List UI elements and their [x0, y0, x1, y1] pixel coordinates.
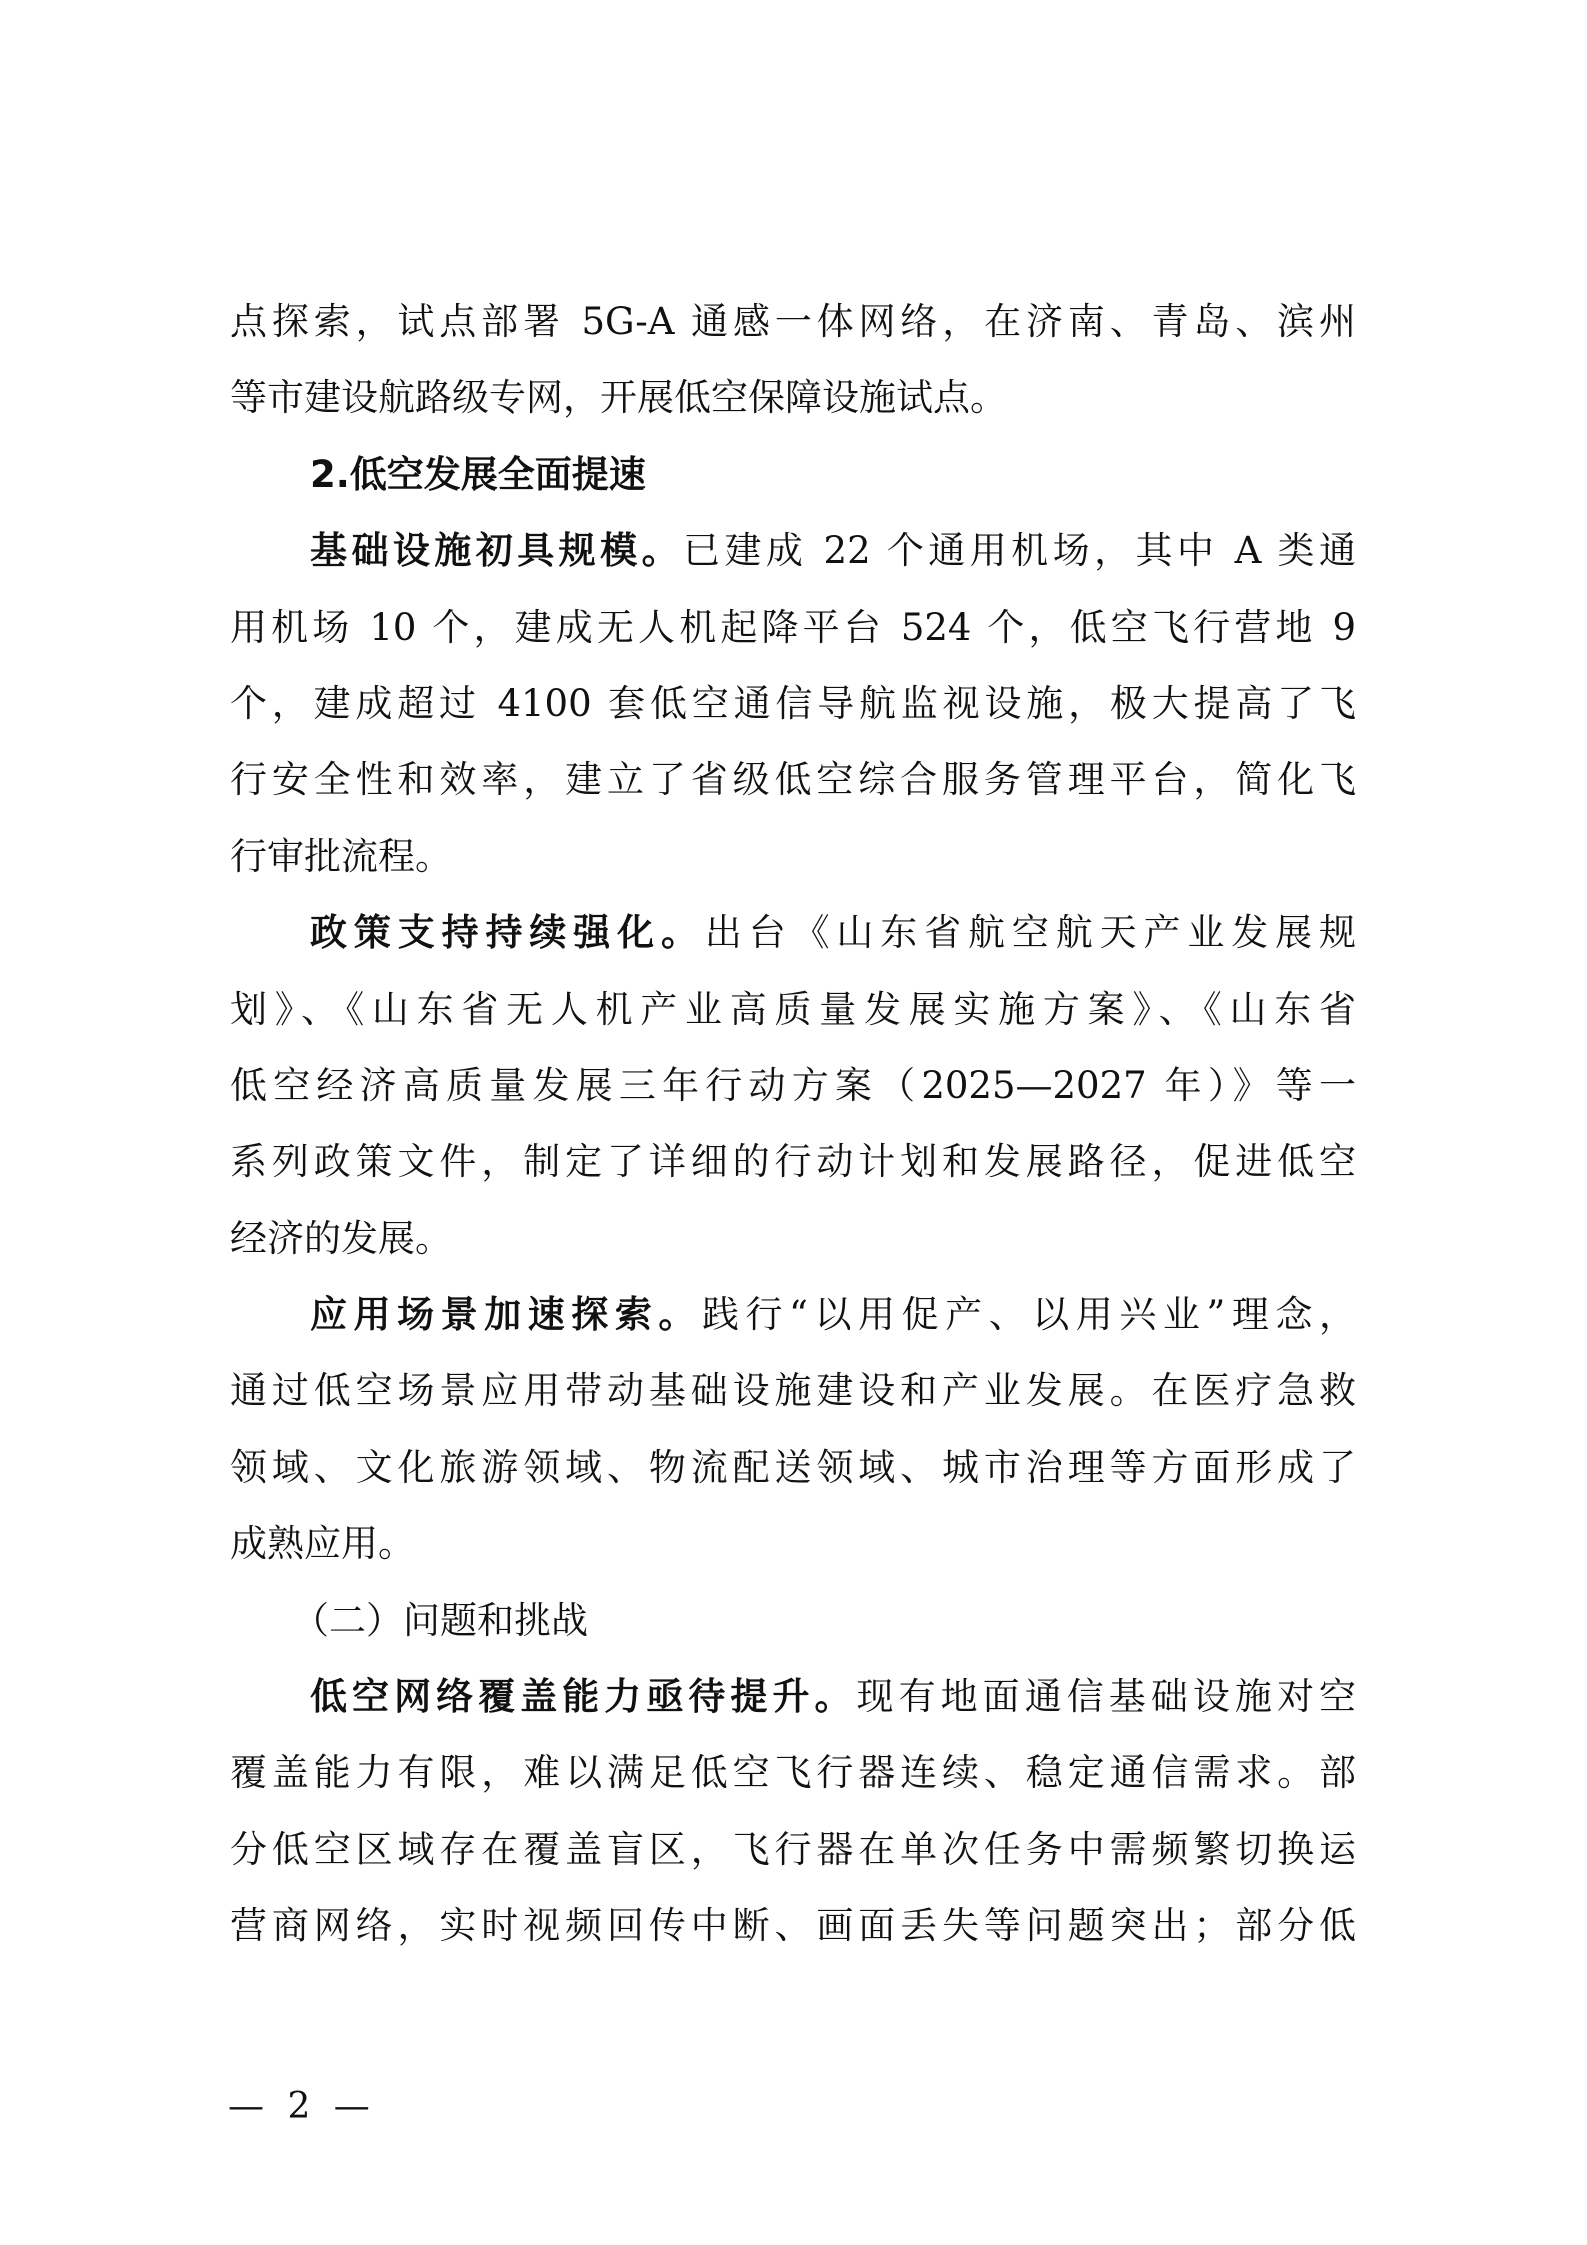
- paragraph-line: 行安全性和效率，建立了省级低空综合服务管理平台，简化飞: [230, 742, 1356, 818]
- paragraph-lead: 应用场景加速探索。: [310, 1293, 702, 1336]
- paragraph-line: 践行“以用促产、以用兴业”理念，: [702, 1293, 1356, 1336]
- paragraph-line: 划》、《山东省无人机产业高质量发展实施方案》、《山东省: [230, 972, 1356, 1048]
- paragraph-line: 覆盖能力有限，难以满足低空飞行器连续、稳定通信需求。部: [230, 1735, 1356, 1811]
- paragraph-line: 个，建成超过 4100 套低空通信导航监视设施，极大提高了飞: [230, 666, 1356, 742]
- paragraph-network-coverage: 低空网络覆盖能力亟待提升。现有地面通信基础设施对空: [230, 1659, 1356, 1735]
- paragraph-line: 点探索，试点部署 5G-A 通感一体网络，在济南、青岛、滨州: [230, 284, 1356, 360]
- paragraph-line: 现有地面通信基础设施对空: [857, 1675, 1356, 1718]
- section-heading-problems: （二）问题和挑战: [230, 1583, 1356, 1659]
- paragraph-line: 等市建设航路级专网，开展低空保障设施试点。: [230, 360, 1356, 436]
- paragraph-lead: 政策支持持续强化。: [310, 911, 705, 954]
- section-heading-text: （二）问题和挑战: [292, 1599, 588, 1642]
- paragraph-lead: 低空网络覆盖能力亟待提升。: [310, 1675, 857, 1718]
- document-body: 点探索，试点部署 5G-A 通感一体网络，在济南、青岛、滨州 等市建设航路级专网…: [230, 284, 1356, 1965]
- paragraph-line: 成熟应用。: [230, 1506, 1356, 1582]
- paragraph-policy: 政策支持持续强化。出台《山东省航空航天产业发展规: [230, 895, 1356, 971]
- paragraph-line: 通过低空场景应用带动基础设施建设和产业发展。在医疗急救: [230, 1353, 1356, 1429]
- paragraph-line: 出台《山东省航空航天产业发展规: [705, 911, 1356, 954]
- paragraph-line: 分低空区域存在覆盖盲区，飞行器在单次任务中需频繁切换运: [230, 1812, 1356, 1888]
- document-page: 点探索，试点部署 5G-A 通感一体网络，在济南、青岛、滨州 等市建设航路级专网…: [0, 0, 1587, 2245]
- paragraph-line: 行审批流程。: [230, 819, 1356, 895]
- paragraph-line: 营商网络，实时视频回传中断、画面丢失等问题突出；部分低: [230, 1888, 1356, 1964]
- paragraph-lead: 基础设施初具规模。: [310, 529, 683, 572]
- paragraph-line: 领域、文化旅游领域、物流配送领域、城市治理等方面形成了: [230, 1430, 1356, 1506]
- paragraph-line: 低空经济高质量发展三年行动方案（2025—2027 年）》等一: [230, 1048, 1356, 1124]
- page-number: — 2 —: [228, 2086, 376, 2127]
- paragraph-infrastructure: 基础设施初具规模。已建成 22 个通用机场，其中 A 类通: [230, 513, 1356, 589]
- subheading-text: 2.低空发展全面提速: [310, 453, 646, 496]
- subheading-low-altitude-development: 2.低空发展全面提速: [230, 437, 1356, 513]
- paragraph-line: 经济的发展。: [230, 1201, 1356, 1277]
- paragraph-line: 用机场 10 个，建成无人机起降平台 524 个，低空飞行营地 9: [230, 590, 1356, 666]
- paragraph-line: 系列政策文件，制定了详细的行动计划和发展路径，促进低空: [230, 1124, 1356, 1200]
- paragraph-applications: 应用场景加速探索。践行“以用促产、以用兴业”理念，: [230, 1277, 1356, 1353]
- paragraph-line: 已建成 22 个通用机场，其中 A 类通: [683, 529, 1356, 572]
